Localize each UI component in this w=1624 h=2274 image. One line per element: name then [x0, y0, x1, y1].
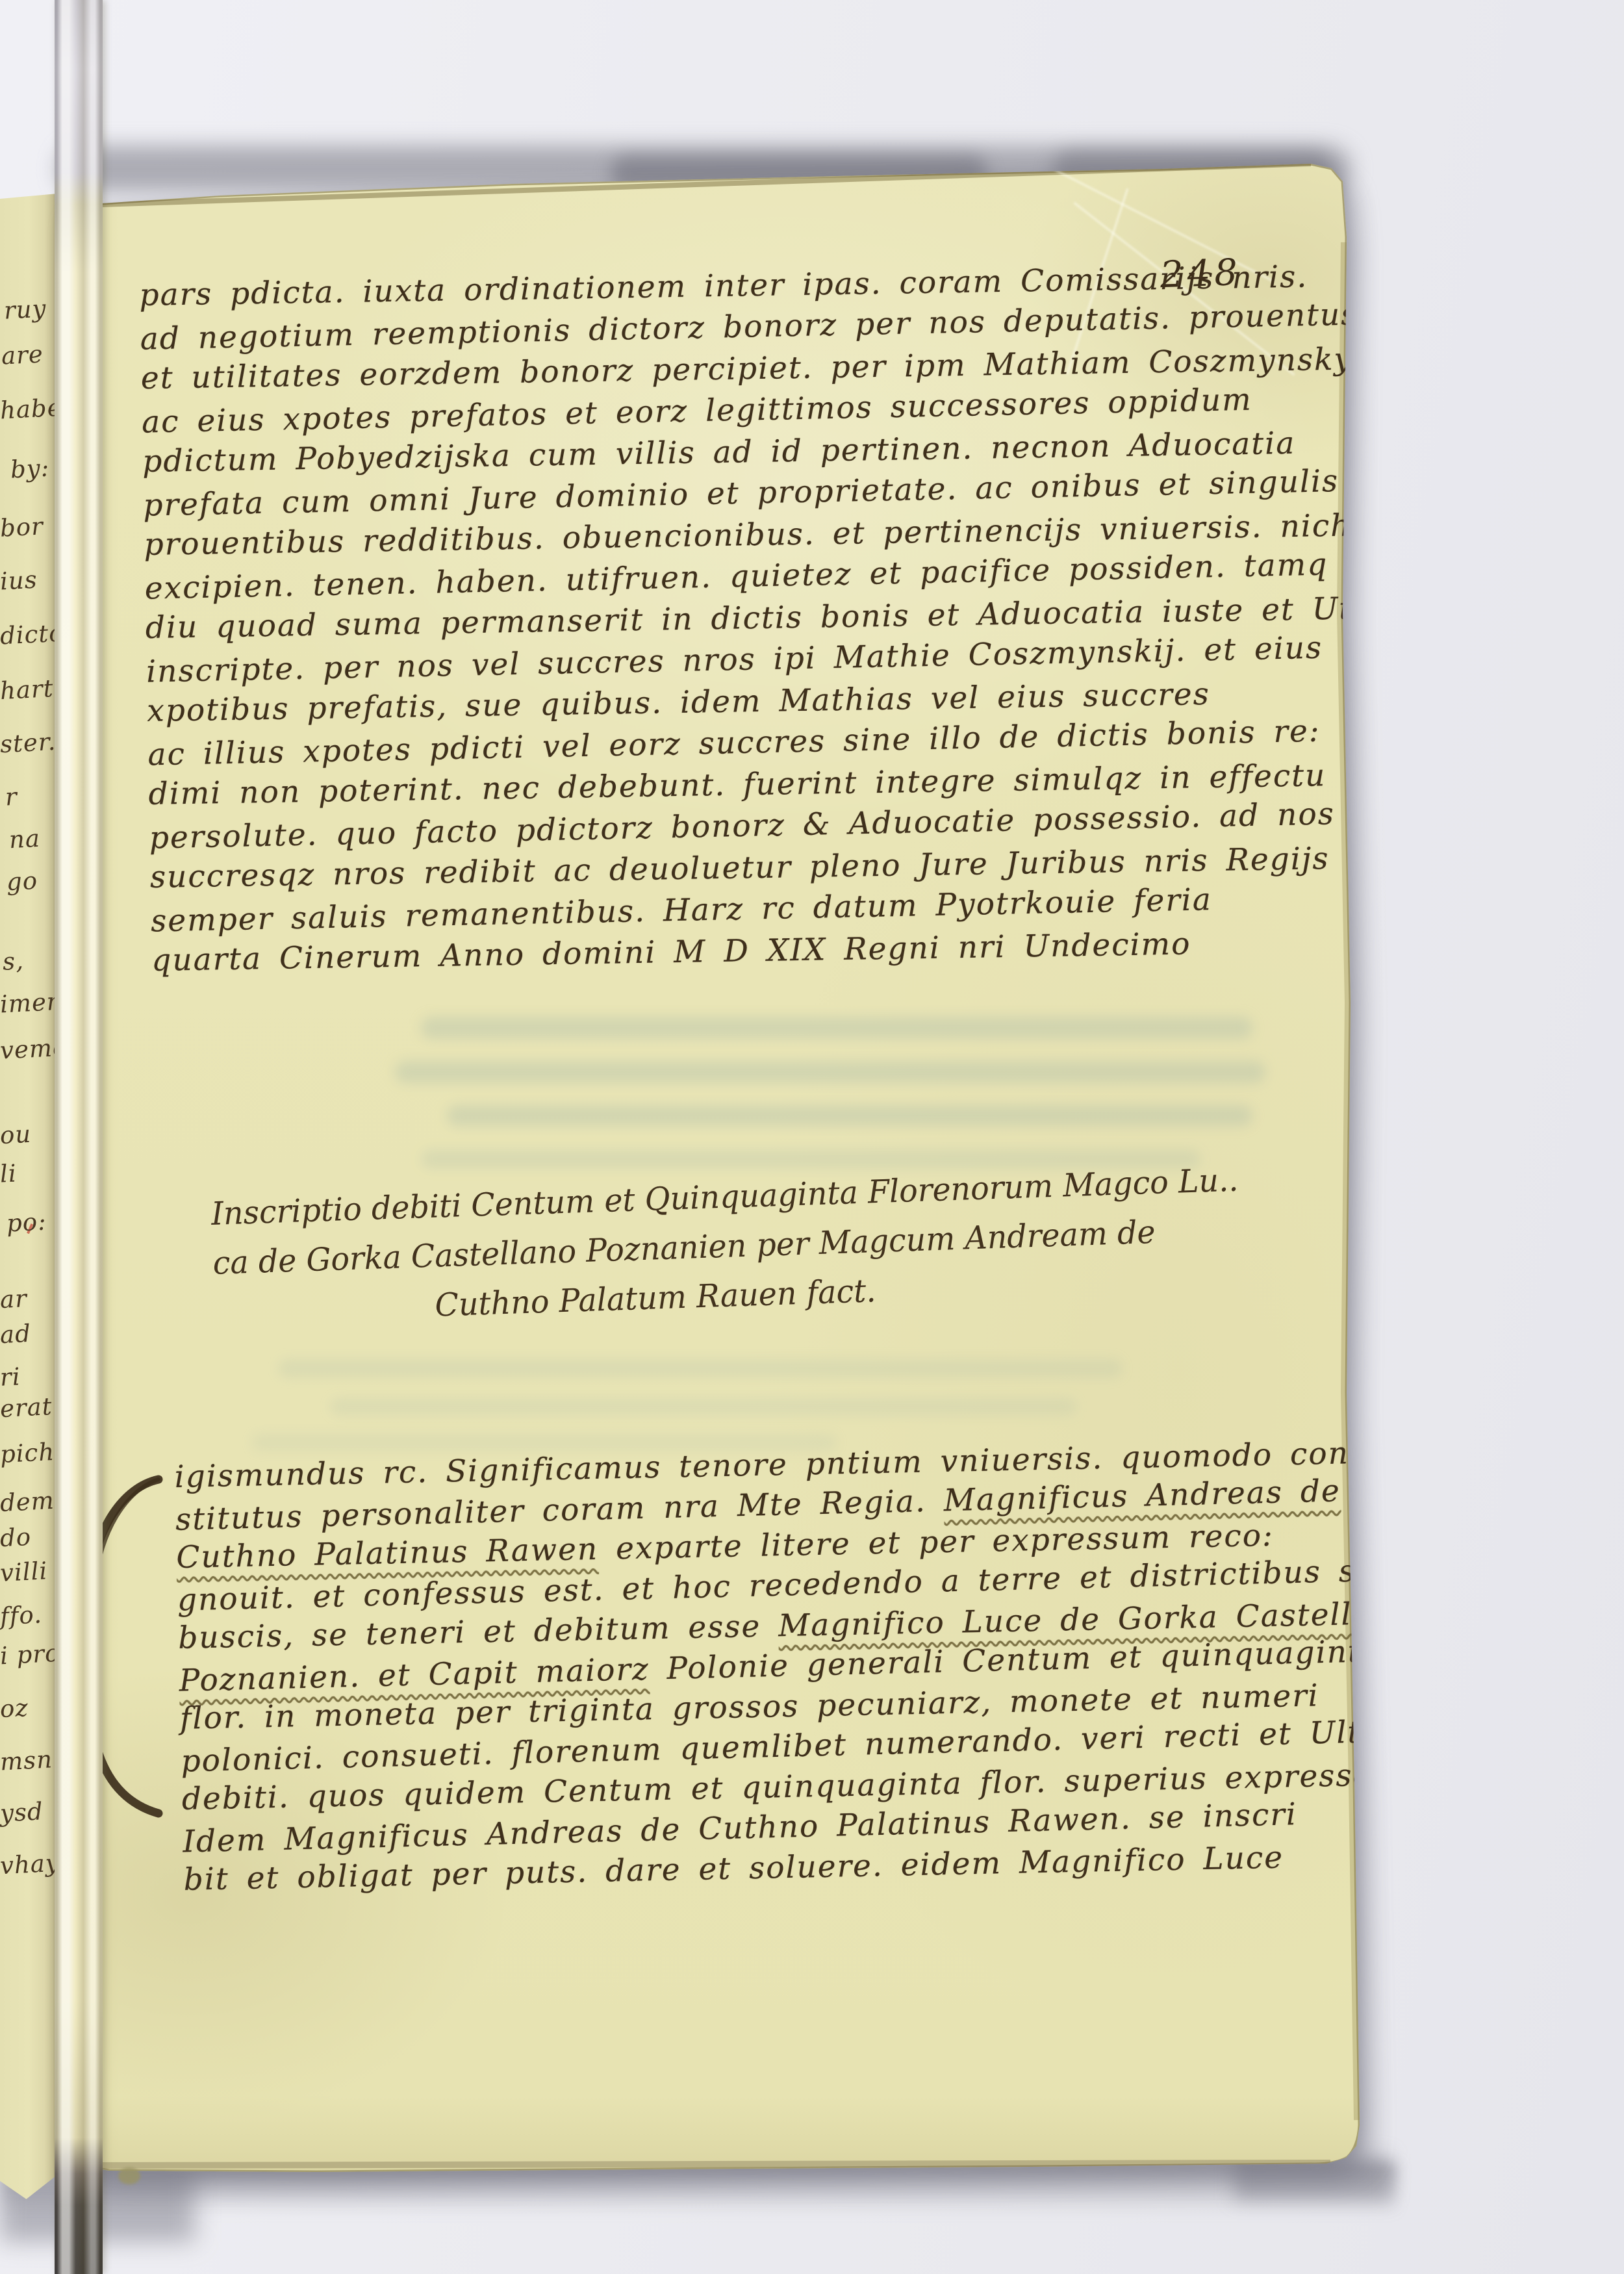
facing-page-text-fragment: ou	[0, 1120, 32, 1149]
facing-page-text-fragment: vemen.	[0, 1032, 57, 1064]
ink-showthrough	[395, 1061, 1265, 1083]
facing-page-text-fragment: pich	[0, 1438, 55, 1468]
manuscript-scan: ruyarehabeby:boriusdictohartster.rnagos,…	[0, 0, 1624, 2274]
ink-showthrough	[421, 1017, 1252, 1039]
manuscript-page-wrap: 248 pars pdicta. iuxta ordinationem inte…	[57, 158, 1376, 2180]
facing-page-text-fragment: oz	[0, 1694, 29, 1723]
facing-page-text-fragment: bor	[0, 512, 44, 542]
facing-page-text-fragment: do	[0, 1523, 32, 1552]
facing-page-text-fragment: ius	[0, 566, 38, 596]
ink-showthrough	[330, 1398, 1077, 1416]
facing-page-text-fragment: vhay	[0, 1849, 57, 1880]
facing-page-text-fragment: po:	[6, 1207, 47, 1237]
facing-page-text-fragment: dem	[0, 1487, 55, 1517]
facing-page-text-fragment: ffo.	[0, 1600, 43, 1630]
facing-page-text-fragment: hart	[0, 674, 55, 705]
facing-page-text-fragment: ysd	[0, 1797, 44, 1827]
facing-page-text-fragment: r	[5, 783, 18, 811]
underlined-phrase: Magnificus Andreas de	[943, 1473, 1341, 1518]
ink-showthrough	[447, 1105, 1252, 1126]
facing-page-text-fragment: dicto	[0, 619, 57, 650]
ink-showthrough	[278, 1359, 1123, 1378]
facing-page-text-fragment: are	[1, 340, 44, 370]
manuscript-page: 248 pars pdicta. iuxta ordinationem inte…	[57, 158, 1376, 2180]
entry-heading: Inscriptio debiti Centum et Quinquaginta…	[210, 1160, 1097, 1338]
facing-page-text-fragment: villi	[0, 1557, 48, 1587]
paragraph-1: pars pdicta. iuxta ordinationem inter ip…	[139, 257, 1191, 983]
paragraph-2: igismundus rc. Significamus tenore pntiu…	[174, 1435, 1249, 1902]
facing-page-text-fragment: erat	[0, 1392, 53, 1423]
facing-page-text-fragment: ad	[0, 1320, 32, 1349]
facing-page-text-fragment: go	[6, 867, 38, 896]
facing-page-text-fragment: na	[8, 824, 41, 854]
facing-page-text-fragment: imen	[0, 988, 57, 1019]
facing-page-text-fragment: ruy	[3, 294, 47, 324]
underlined-phrase: Cuthno Palatinus Rawen	[176, 1531, 599, 1576]
facing-page-text-fragment: ri	[0, 1362, 21, 1392]
ink-stain	[118, 2167, 140, 2184]
facing-page-text-fragment: msn:	[0, 1745, 57, 1776]
facing-page-text-fragment: li	[0, 1159, 18, 1188]
facing-page-text-fragment: by:	[10, 454, 50, 483]
facing-page-text-fragment: habe	[0, 394, 57, 425]
facing-page-edge: ruyarehabeby:boriusdictohartster.rnagos,…	[0, 194, 57, 2205]
facing-page-text-fragment: i pro	[0, 1639, 57, 1670]
facing-page-text-fragment: s,	[2, 947, 25, 976]
glass-rod-page-holder	[55, 0, 103, 2274]
facing-page-text-fragment: ster.	[0, 728, 57, 758]
facing-page-text-fragment: ar	[0, 1284, 28, 1314]
